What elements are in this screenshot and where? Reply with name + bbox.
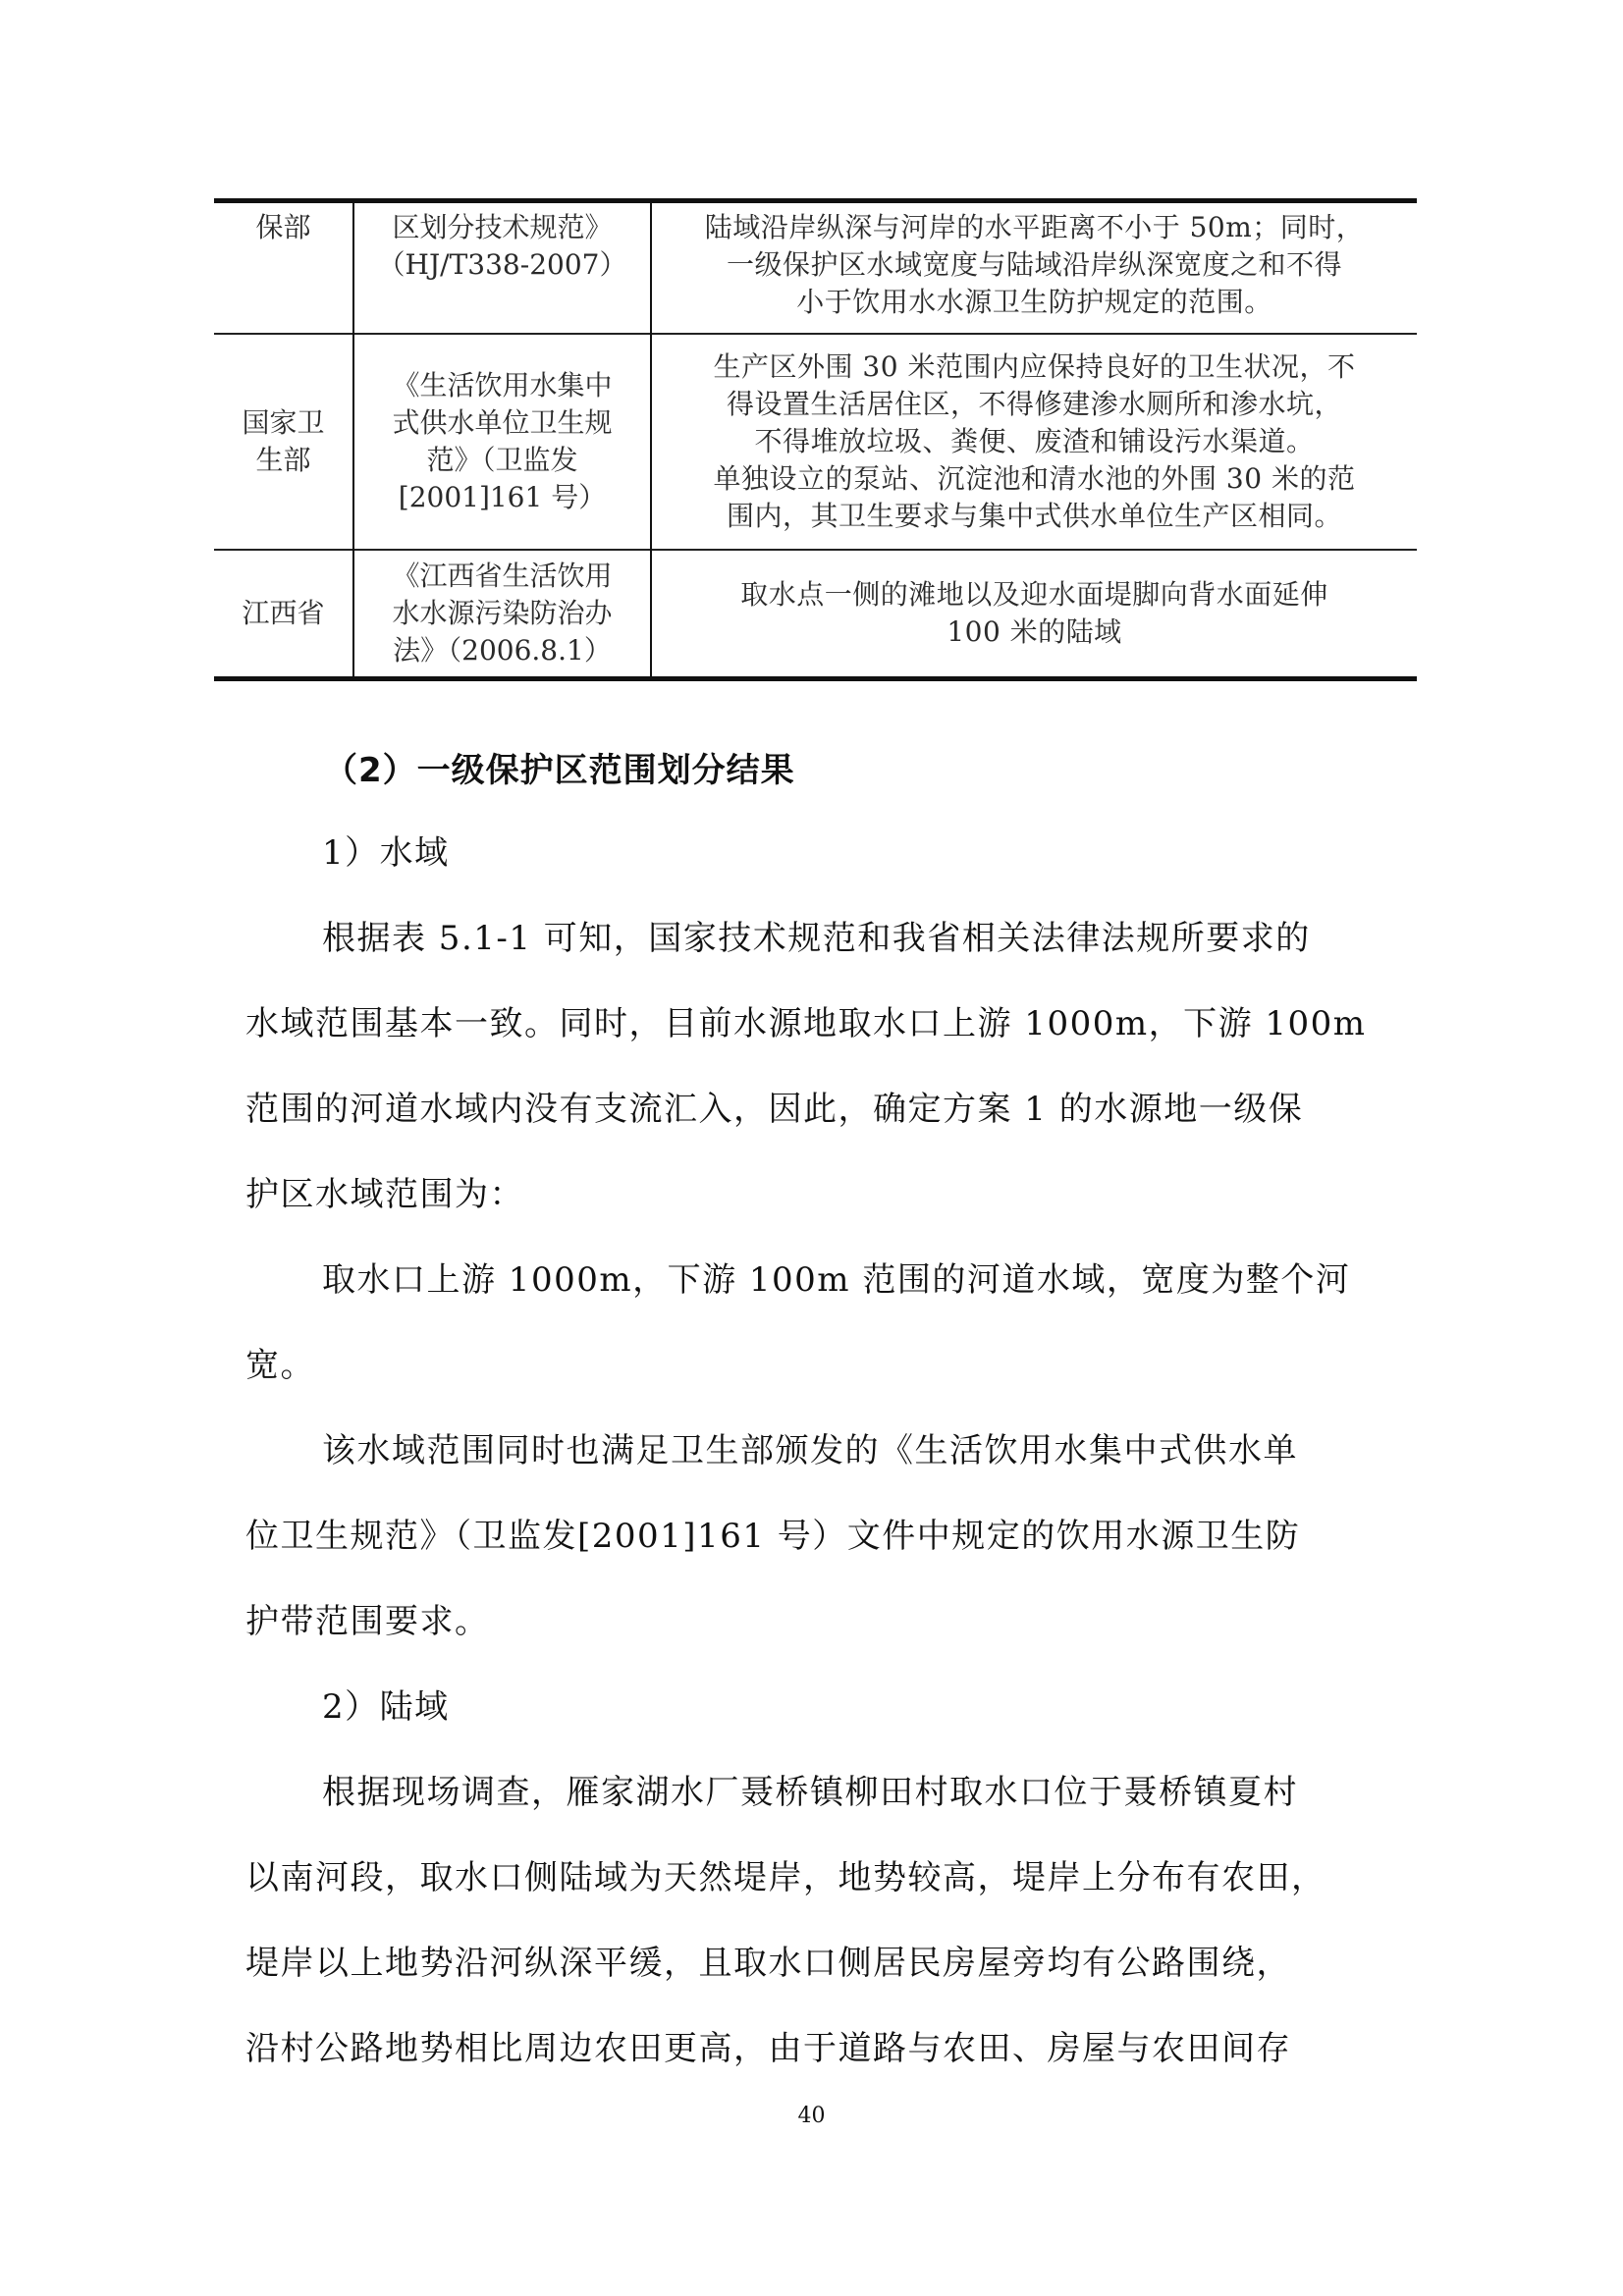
cell-text: 《江西省生活饮用 [362,558,642,595]
cell-text: 保部 [222,209,345,246]
authority-cell: 江西省 [214,550,353,679]
document-page: 保部 区划分技术规范》 （HJ/T338-2007） 陆域沿岸纵深与河岸的水平距… [0,0,1623,2296]
cell-text: （HJ/T338-2007） [362,246,642,284]
cell-text: 100 米的陆域 [660,614,1409,651]
cell-text: 法》（2006.8.1） [362,632,642,669]
cell-text: 范》（卫监发 [362,442,642,479]
table-row: 江西省 《江西省生活饮用 水水源污染防治办 法》（2006.8.1） 取水点一侧… [214,550,1417,679]
protection-zone-regulations-table: 保部 区划分技术规范》 （HJ/T338-2007） 陆域沿岸纵深与河岸的水平距… [214,198,1417,681]
paragraph-line: 范围的河道水域内没有支流汇入，因此，确定方案 1 的水源地一级保 [245,1067,1389,1152]
authority-cell: 国家卫 生部 [214,334,353,550]
paragraph-line: 宽。 [245,1323,1389,1409]
regulation-cell: 《生活饮用水集中 式供水单位卫生规 范》（卫监发 [2001]161 号） [353,334,651,550]
requirement-cell: 陆域沿岸纵深与河岸的水平距离不小于 50m；同时， 一级保护区水域宽度与陆域沿岸… [651,201,1417,335]
paragraph-line: 沿村公路地势相比周边农田更高，由于道路与农田、房屋与农田间存 [245,2006,1389,2092]
cell-text: 取水点一侧的滩地以及迎水面堤脚向背水面延伸 [660,576,1409,614]
paragraph-land-area-survey: 根据现场调查，雁家湖水厂聂桥镇柳田村取水口位于聂桥镇夏村 以南河段，取水口侧陆域… [245,1750,1389,2092]
subheading-water-area: 1）水域 [245,811,1389,896]
paragraph-line: 根据现场调查，雁家湖水厂聂桥镇柳田村取水口位于聂桥镇夏村 [245,1750,1389,1836]
paragraph-line: 取水口上游 1000m，下游 100m 范围的河道水域，宽度为整个河 [245,1238,1389,1323]
table-row: 国家卫 生部 《生活饮用水集中 式供水单位卫生规 范》（卫监发 [2001]16… [214,334,1417,550]
cell-text: 区划分技术规范》 [362,209,642,246]
cell-text: 式供水单位卫生规 [362,404,642,442]
paragraph-line: 该水域范围同时也满足卫生部颁发的《生活饮用水集中式供水单 [245,1409,1389,1494]
paragraph-water-area-range: 取水口上游 1000m，下游 100m 范围的河道水域，宽度为整个河 宽。 [245,1238,1389,1409]
cell-text: 一级保护区水域宽度与陆域沿岸纵深宽度之和不得 [660,246,1409,284]
paragraph-line: 以南河段，取水口侧陆域为天然堤岸，地势较高，堤岸上分布有农田， [245,1836,1389,1921]
cell-text: 生部 [222,442,345,479]
subheading-text: 2）陆域 [245,1665,1389,1750]
cell-text: 水水源污染防治办 [362,595,642,632]
cell-text: 围内，其卫生要求与集中式供水单位生产区相同。 [660,498,1409,535]
subheading-land-area: 2）陆域 [245,1665,1389,1750]
requirement-cell: 生产区外围 30 米范围内应保持良好的卫生状况，不 得设置生活居住区，不得修建渗… [651,334,1417,550]
paragraph-line: 根据表 5.1-1 可知，国家技术规范和我省相关法律法规所要求的 [245,896,1389,982]
requirement-cell: 取水点一侧的滩地以及迎水面堤脚向背水面延伸 100 米的陆域 [651,550,1417,679]
regulation-cell: 区划分技术规范》 （HJ/T338-2007） [353,201,651,335]
table-row: 保部 区划分技术规范》 （HJ/T338-2007） 陆域沿岸纵深与河岸的水平距… [214,201,1417,335]
cell-text: 小于饮用水水源卫生防护规定的范围。 [660,284,1409,321]
cell-text: [2001]161 号） [362,479,642,516]
paragraph-line: 堤岸以上地势沿河纵深平缓，且取水口侧居民房屋旁均有公路围绕， [245,1921,1389,2006]
subheading-text: 1）水域 [245,811,1389,896]
cell-text: 生产区外围 30 米范围内应保持良好的卫生状况，不 [660,348,1409,386]
paragraph-line: 水域范围基本一致。同时，目前水源地取水口上游 1000m，下游 100m [245,982,1389,1067]
regulation-cell: 《江西省生活饮用 水水源污染防治办 法》（2006.8.1） [353,550,651,679]
cell-text: 不得堆放垃圾、粪便、废渣和铺设污水渠道。 [660,423,1409,460]
authority-cell: 保部 [214,201,353,335]
paragraph-line: 位卫生规范》（卫监发[2001]161 号）文件中规定的饮用水源卫生防 [245,1494,1389,1579]
paragraph-line: 护带范围要求。 [245,1579,1389,1665]
cell-text: 《生活饮用水集中 [362,367,642,404]
cell-text: 国家卫 [222,404,345,442]
paragraph-health-standard: 该水域范围同时也满足卫生部颁发的《生活饮用水集中式供水单 位卫生规范》（卫监发[… [245,1409,1389,1665]
paragraph-line: 护区水域范围为： [245,1152,1389,1238]
paragraph-water-area-basis: 根据表 5.1-1 可知，国家技术规范和我省相关法律法规所要求的 水域范围基本一… [245,896,1389,1238]
cell-text: 得设置生活居住区，不得修建渗水厕所和渗水坑， [660,386,1409,423]
cell-text: 陆域沿岸纵深与河岸的水平距离不小于 50m；同时， [660,209,1409,246]
cell-text: 江西省 [222,595,345,632]
page-number: 40 [0,2104,1623,2128]
cell-text: 单独设立的泵站、沉淀池和清水池的外围 30 米的范 [660,460,1409,498]
section-heading: （2）一级保护区范围划分结果 [324,743,795,791]
